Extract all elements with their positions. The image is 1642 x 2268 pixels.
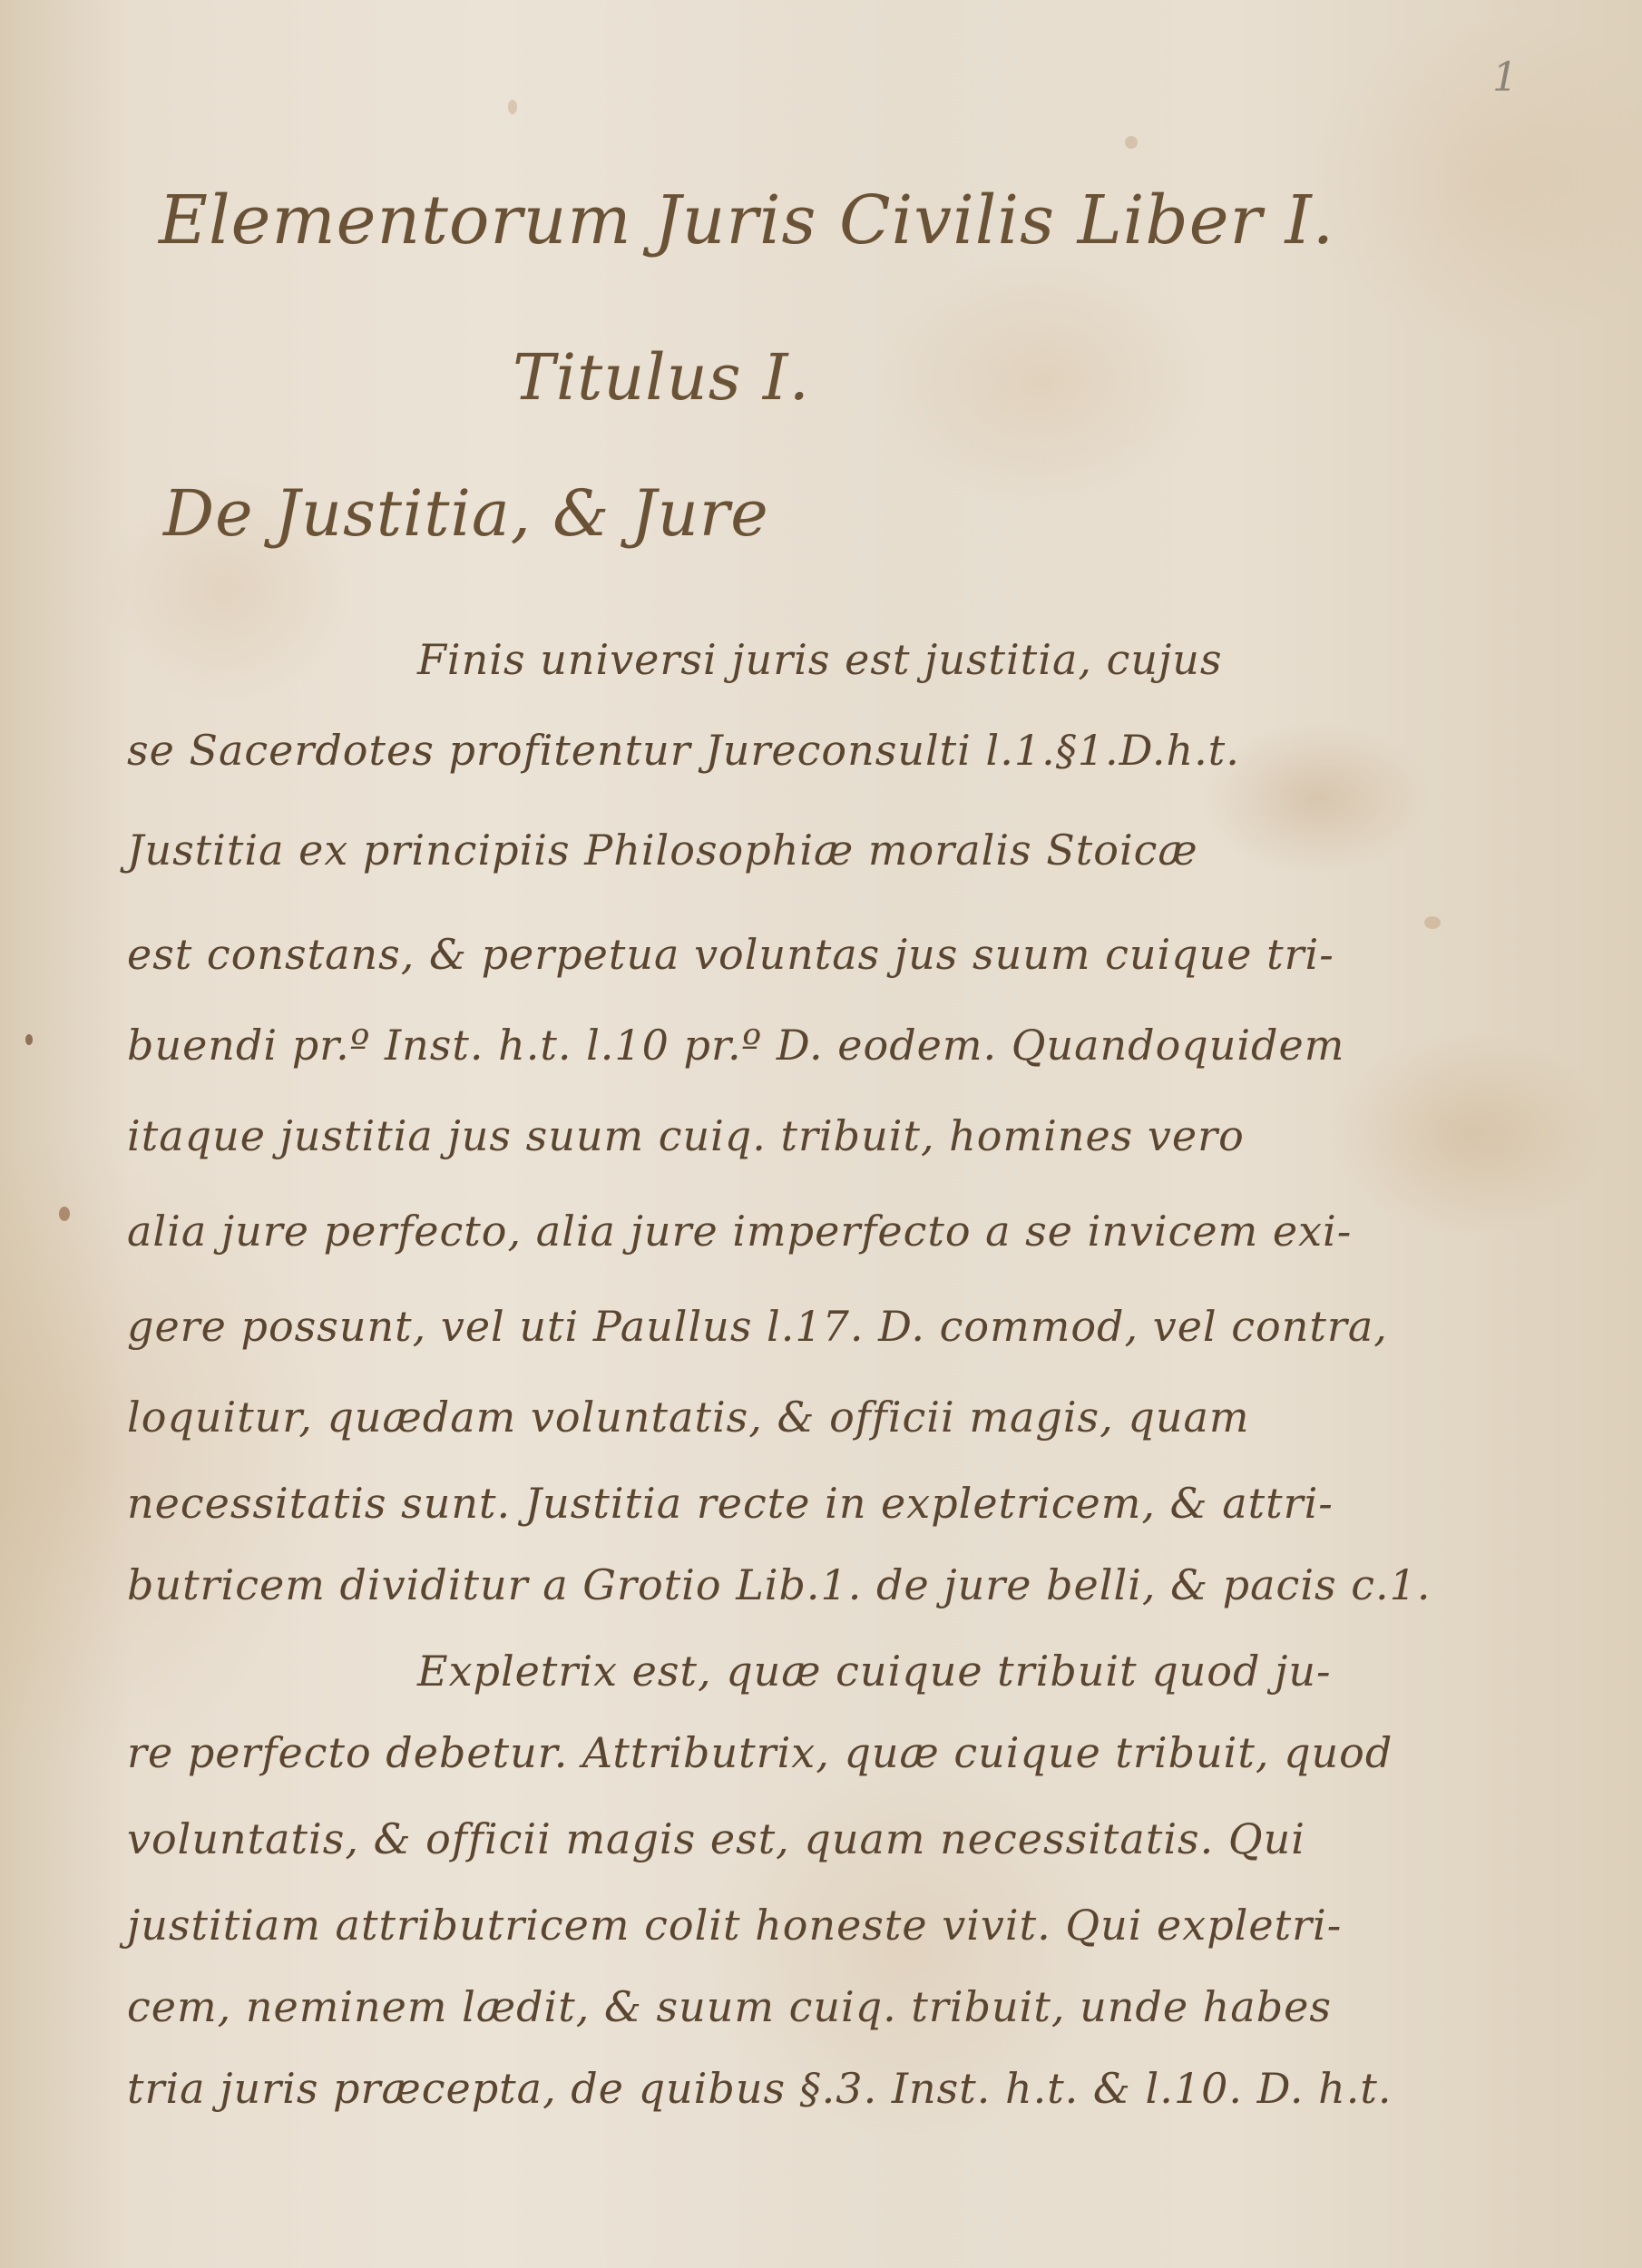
ink-blot — [59, 1207, 70, 1221]
text-line: Finis universi juris est justitia, cujus — [417, 635, 1223, 684]
foxing-spot — [508, 100, 517, 114]
text-line: est constans, & perpetua voluntas jus su… — [127, 930, 1334, 979]
text-line: re perfecto debetur. Attributrix, quæ cu… — [127, 1728, 1393, 1777]
text-line: alia jure perfecto, alia jure imperfecto… — [127, 1207, 1352, 1256]
text-line: butricem dividitur a Grotio Lib.1. de ju… — [127, 1560, 1432, 1609]
title-number: Titulus I. — [513, 340, 810, 415]
text-line: justitiam attributricem colit honeste vi… — [127, 1901, 1342, 1950]
ink-blot — [25, 1034, 33, 1045]
text-line: Justitia ex principiis Philosophiæ moral… — [127, 826, 1198, 875]
text-line: itaque justitia jus suum cuiq. tribuit, … — [127, 1111, 1245, 1160]
manuscript-page: 1 Elementorum Juris Civilis Liber I. Tit… — [0, 0, 1642, 2268]
text-line: cem, neminem lædit, & suum cuiq. tribuit… — [127, 1982, 1332, 2031]
text-line: voluntatis, & officii magis est, quam ne… — [127, 1814, 1305, 1863]
text-line: Expletrix est, quæ cuique tribuit quod j… — [417, 1647, 1332, 1696]
text-line: gere possunt, vel uti Paullus l.17. D. c… — [127, 1302, 1388, 1351]
text-line: loquitur, quædam voluntatis, & officii m… — [127, 1393, 1250, 1442]
title-subject: De Justitia, & Jure — [163, 476, 769, 551]
text-line: buendi pr.º Inst. h.t. l.10 pr.º D. eode… — [127, 1021, 1344, 1070]
folio-number: 1 — [1492, 54, 1518, 101]
text-line: se Sacerdotes profitentur Jureconsulti l… — [127, 726, 1240, 775]
foxing-spot — [1125, 136, 1138, 149]
book-title: Elementorum Juris Civilis Liber I. — [159, 181, 1334, 259]
foxing-spot — [1424, 916, 1441, 929]
text-line: tria juris præcepta, de quibus §.3. Inst… — [127, 2064, 1392, 2113]
text-line: necessitatis sunt. Justitia recte in exp… — [127, 1479, 1334, 1528]
